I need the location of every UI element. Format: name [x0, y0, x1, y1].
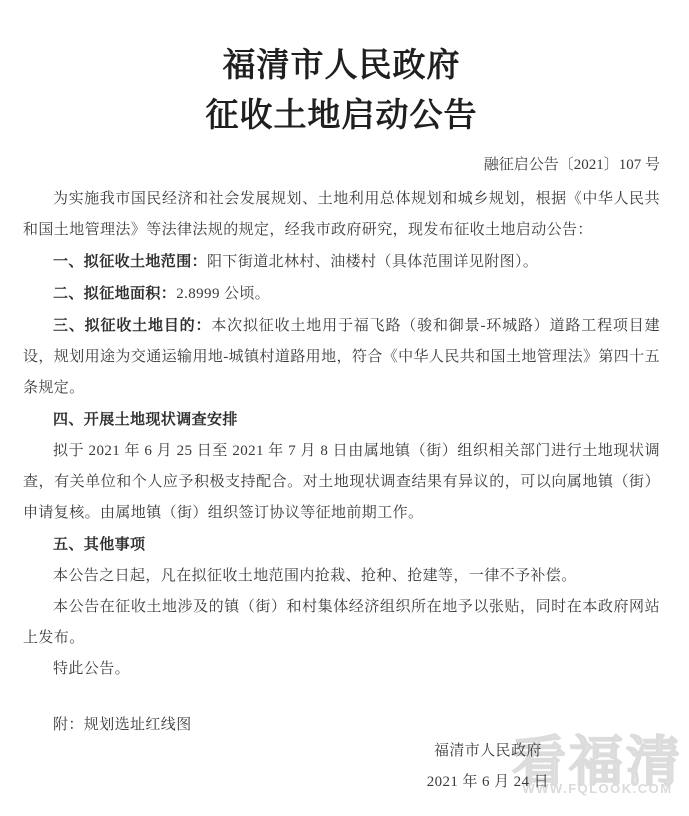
body-paragraph-3: 二、拟征地面积：2.8999 公顷。 [23, 278, 660, 310]
paragraph-text: 拟于 2021 年 6 月 25 日至 2021 年 7 月 8 日由属地镇（街… [23, 443, 660, 521]
issue-date: 2021 年 6 月 24 日 [427, 767, 549, 798]
paragraph-heading: 五、其他事项 [53, 536, 145, 553]
title-line-1: 福清市人民政府 [23, 40, 660, 90]
body-paragraph-6: 拟于 2021 年 6 月 25 日至 2021 年 7 月 8 日由属地镇（街… [23, 436, 660, 529]
body-paragraph-2: 一、拟征收土地范围：阳下街道北林村、油楼村（具体范围详见附图）。 [23, 246, 660, 278]
body-paragraph-1: 为实施我市国民经济和社会发展规划、土地利用总体规划和城乡规划，根据《中华人民共和… [23, 184, 660, 246]
body-paragraph-7: 五、其他事项 [23, 529, 660, 561]
body-paragraph-4: 三、拟征收土地目的：本次拟征收土地用于福飞路（骏和御景-环城路）道路工程项目建设… [23, 310, 660, 404]
paragraph-heading: 二、拟征地面积： [53, 285, 176, 302]
paragraph-text: 2.8999 公顷。 [176, 286, 270, 302]
body-paragraph-8: 本公告之日起，凡在拟征收土地范围内抢栽、抢种、抢建等，一律不予补偿。 [23, 561, 660, 592]
paragraph-text: 本公告在征收土地涉及的镇（街）和村集体经济组织所在地予以张贴，同时在本政府网站上… [23, 599, 660, 646]
body-paragraph-11: 附：规划选址红线图 [23, 710, 660, 741]
paragraph-text: 本公告之日起，凡在拟征收土地范围内抢栽、抢种、抢建等，一律不予补偿。 [53, 568, 577, 584]
paragraph-text: 附：规划选址红线图 [53, 717, 192, 733]
body-paragraph-10: 特此公告。 [23, 654, 660, 685]
paragraph-heading: 一、拟征收土地范围： [53, 253, 207, 270]
paragraph-text: 阳下街道北林村、油楼村（具体范围详见附图）。 [207, 254, 538, 270]
paragraph-heading: 三、拟征收土地目的： [53, 317, 211, 334]
body-paragraph-5: 四、开展土地现状调查安排 [23, 404, 660, 436]
title-line-2: 征收土地启动公告 [23, 90, 660, 140]
paragraph-text: 特此公告。 [53, 661, 130, 677]
paragraph-text: 为实施我市国民经济和社会发展规划、土地利用总体规划和城乡规划，根据《中华人民共和… [23, 191, 660, 238]
signer-name: 福清市人民政府 [427, 736, 549, 767]
document-title: 福清市人民政府 征收土地启动公告 [23, 40, 660, 140]
signature-block: 福清市人民政府 2021 年 6 月 24 日 [427, 736, 549, 798]
paragraph-heading: 四、开展土地现状调查安排 [53, 411, 238, 428]
document-content: 福清市人民政府 征收土地启动公告 融征启公告〔2021〕107 号 为实施我市国… [0, 40, 689, 741]
document-number: 融征启公告〔2021〕107 号 [23, 155, 660, 175]
document-body: 为实施我市国民经济和社会发展规划、土地利用总体规划和城乡规划，根据《中华人民共和… [23, 184, 660, 741]
announcement-page: 福清市人民政府 征收土地启动公告 融征启公告〔2021〕107 号 为实施我市国… [0, 0, 689, 816]
body-paragraph-9: 本公告在征收土地涉及的镇（街）和村集体经济组织所在地予以张贴，同时在本政府网站上… [23, 592, 660, 654]
